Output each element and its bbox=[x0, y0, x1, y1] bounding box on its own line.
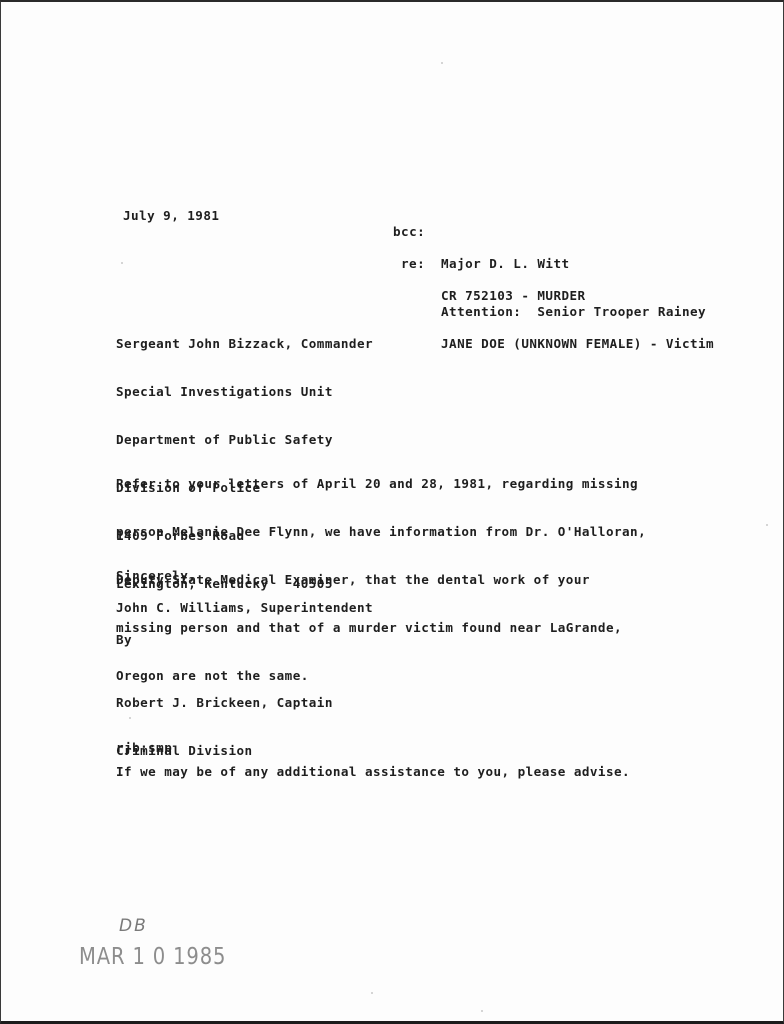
handwritten-initials: DB bbox=[119, 916, 148, 936]
scan-speck bbox=[621, 344, 623, 346]
address-line: Special Investigations Unit bbox=[116, 384, 373, 400]
signer-block: Robert J. Brickeen, Captain Criminal Div… bbox=[116, 663, 333, 791]
letter-date: July 9, 1981 bbox=[123, 208, 219, 224]
bcc-label: bcc: bbox=[393, 224, 425, 240]
signatory: John C. Williams, Superintendent bbox=[116, 600, 373, 616]
by-line: By bbox=[116, 632, 132, 648]
re-label: re: bbox=[401, 256, 425, 272]
received-date-stamp: MAR 1 0 1985 bbox=[79, 944, 226, 970]
scan-speck bbox=[766, 524, 768, 526]
body-line: Refer to your letters of April 20 and 28… bbox=[116, 476, 646, 492]
scan-speck bbox=[121, 262, 123, 264]
re-subject: CR 752103 - MURDER JANE DOE (UNKNOWN FEM… bbox=[441, 256, 714, 384]
scan-speck bbox=[441, 62, 443, 64]
scan-speck bbox=[371, 992, 373, 994]
re-line: CR 752103 - MURDER bbox=[441, 288, 714, 304]
letter-page: July 9, 1981 bcc: Major D. L. Witt Atten… bbox=[0, 0, 784, 1024]
scan-speck bbox=[129, 717, 131, 719]
reference-initials: rjb:smp bbox=[116, 740, 172, 756]
body-line: person Melanie Dee Flynn, we have inform… bbox=[116, 524, 646, 540]
address-line: Sergeant John Bizzack, Commander bbox=[116, 336, 373, 352]
closing: Sincerely, bbox=[116, 568, 196, 584]
scan-speck bbox=[481, 1010, 483, 1012]
body-line: missing person and that of a murder vict… bbox=[116, 620, 646, 636]
signer-line: Robert J. Brickeen, Captain bbox=[116, 695, 333, 711]
re-line: JANE DOE (UNKNOWN FEMALE) - Victim bbox=[441, 336, 714, 352]
scan-speck bbox=[136, 702, 138, 704]
